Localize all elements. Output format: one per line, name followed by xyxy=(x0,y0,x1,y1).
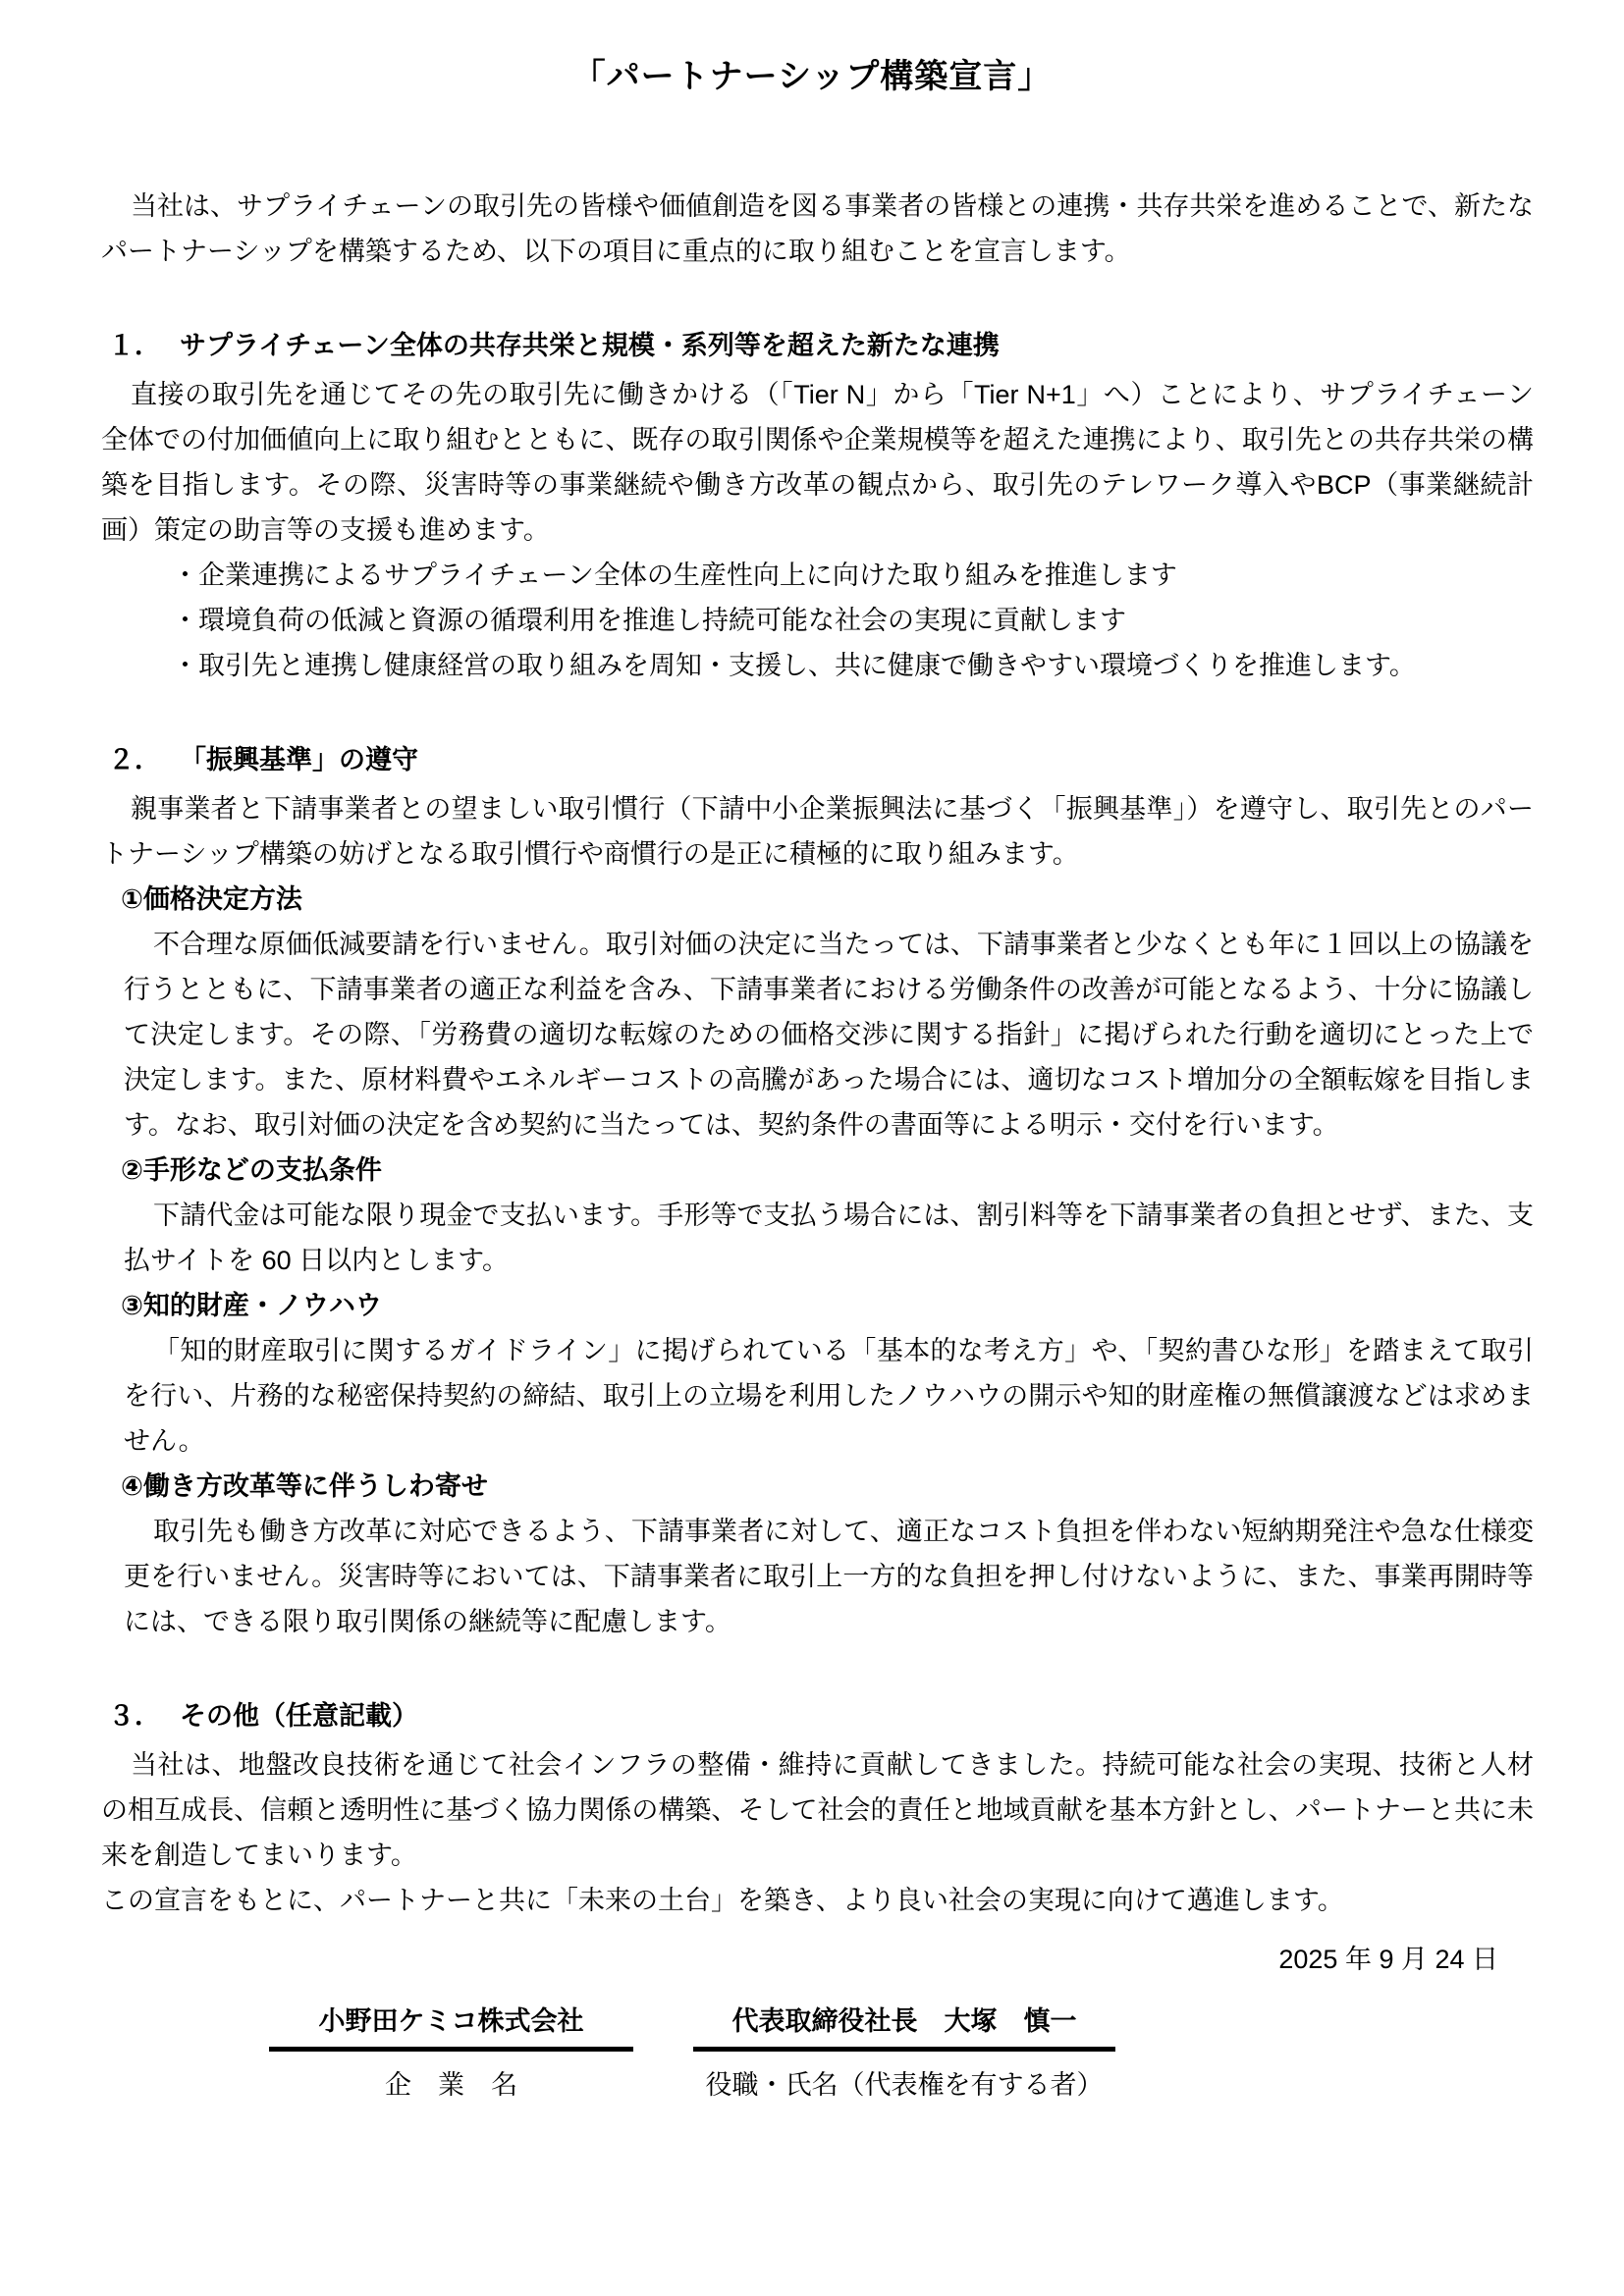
company-name-label: 企 業 名 xyxy=(269,2067,633,2103)
section-3: ３． その他（任意記載） 当社は、地盤改良技術を通じて社会インフラの整備・維持に… xyxy=(101,1693,1534,1923)
subsection-2-body: 下請代金は可能な限り現金で支払います。手形等で支払う場合には、割引料等を下請事業… xyxy=(124,1193,1534,1283)
document-content: 当社は、サプライチェーンの取引先の皆様や価値創造を図る事業者の皆様との連携・共存… xyxy=(0,184,1624,2103)
section-1-bullets: ・企業連携によるサプライチェーン全体の生産性向上に向けた取り組みを推進します ・… xyxy=(172,553,1534,688)
representative-name: 代表取締役社長 大塚 慎一 xyxy=(693,2002,1115,2052)
representative-signature-block: 代表取締役社長 大塚 慎一 役職・氏名（代表権を有する者） xyxy=(693,2002,1115,2103)
subsection-4-heading: ④働き方改革等に伴うしわ寄せ xyxy=(121,1464,1534,1509)
subsection-4: ④働き方改革等に伴うしわ寄せ 取引先も働き方改革に対応できるよう、下請事業者に対… xyxy=(101,1464,1534,1644)
section-3-heading-text: その他（任意記載） xyxy=(180,1693,418,1738)
section-3-heading: ３． その他（任意記載） xyxy=(108,1693,1534,1738)
section-3-paragraph: 当社は、地盤改良技術を通じて社会インフラの整備・維持に貢献してきました。持続可能… xyxy=(101,1742,1534,1878)
section-1-paragraph: 直接の取引先を通じてその先の取引先に働きかける（「Tier N」から「Tier … xyxy=(101,372,1534,553)
company-name: 小野田ケミコ株式会社 xyxy=(269,2002,633,2052)
intro-paragraph: 当社は、サプライチェーンの取引先の皆様や価値創造を図る事業者の皆様との連携・共存… xyxy=(101,184,1534,274)
subsection-3: ③知的財産・ノウハウ 「知的財産取引に関するガイドライン」に掲げられている「基本… xyxy=(101,1283,1534,1464)
declaration-date: 2025 年 9 月 24 日 xyxy=(101,1937,1534,1982)
subsection-2: ②手形などの支払条件 下請代金は可能な限り現金で支払います。手形等で支払う場合に… xyxy=(101,1148,1534,1283)
section-1: １． サプライチェーン全体の共存共栄と規模・系列等を超えた新たな連携 直接の取引… xyxy=(101,323,1534,688)
subsection-1-body: 不合理な原価低減要請を行いません。取引対価の決定に当たっては、下請事業者と少なく… xyxy=(124,922,1534,1148)
subsection-2-heading: ②手形などの支払条件 xyxy=(121,1148,1534,1193)
closing-statement: この宣言をもとに、パートナーと共に「未来の土台」を築き、より良い社会の実現に向け… xyxy=(101,1878,1534,1923)
section-1-heading: １． サプライチェーン全体の共存共栄と規模・系列等を超えた新たな連携 xyxy=(108,323,1534,368)
section-3-number: ３． xyxy=(108,1693,180,1738)
bullet-item: ・企業連携によるサプライチェーン全体の生産性向上に向けた取り組みを推進します xyxy=(172,553,1534,598)
subsection-3-body: 「知的財産取引に関するガイドライン」に掲げられている「基本的な考え方」や、「契約… xyxy=(124,1328,1534,1464)
section-1-heading-text: サプライチェーン全体の共存共栄と規模・系列等を超えた新たな連携 xyxy=(180,323,1000,368)
representative-name-label: 役職・氏名（代表権を有する者） xyxy=(693,2067,1115,2103)
section-1-number: １． xyxy=(108,323,180,368)
document-title: 「パートナーシップ構築宣言」 xyxy=(0,0,1624,97)
section-2-heading-text: 「振興基準」の遵守 xyxy=(180,737,418,782)
section-2-number: ２． xyxy=(108,737,180,782)
subsection-4-body: 取引先も働き方改革に対応できるよう、下請事業者に対して、適正なコスト負担を伴わな… xyxy=(124,1509,1534,1644)
bullet-item: ・取引先と連携し健康経営の取り組みを周知・支援し、共に健康で働きやすい環境づくり… xyxy=(172,643,1534,688)
section-2-heading: ２． 「振興基準」の遵守 xyxy=(108,737,1534,782)
section-2: ２． 「振興基準」の遵守 親事業者と下請事業者との望ましい取引慣行（下請中小企業… xyxy=(101,737,1534,1644)
subsection-3-heading: ③知的財産・ノウハウ xyxy=(121,1283,1534,1328)
subsection-1-heading: ①価格決定方法 xyxy=(121,877,1534,922)
bullet-item: ・環境負荷の低減と資源の循環利用を推進し持続可能な社会の実現に貢献します xyxy=(172,598,1534,643)
section-2-paragraph: 親事業者と下請事業者との望ましい取引慣行（下請中小企業振興法に基づく「振興基準」… xyxy=(101,786,1534,877)
signature-section: 小野田ケミコ株式会社 企 業 名 代表取締役社長 大塚 慎一 役職・氏名（代表権… xyxy=(101,2002,1534,2103)
subsection-1: ①価格決定方法 不合理な原価低減要請を行いません。取引対価の決定に当たっては、下… xyxy=(101,877,1534,1148)
company-signature-block: 小野田ケミコ株式会社 企 業 名 xyxy=(269,2002,633,2103)
document-page: 「パートナーシップ構築宣言」 当社は、サプライチェーンの取引先の皆様や価値創造を… xyxy=(0,0,1624,2296)
